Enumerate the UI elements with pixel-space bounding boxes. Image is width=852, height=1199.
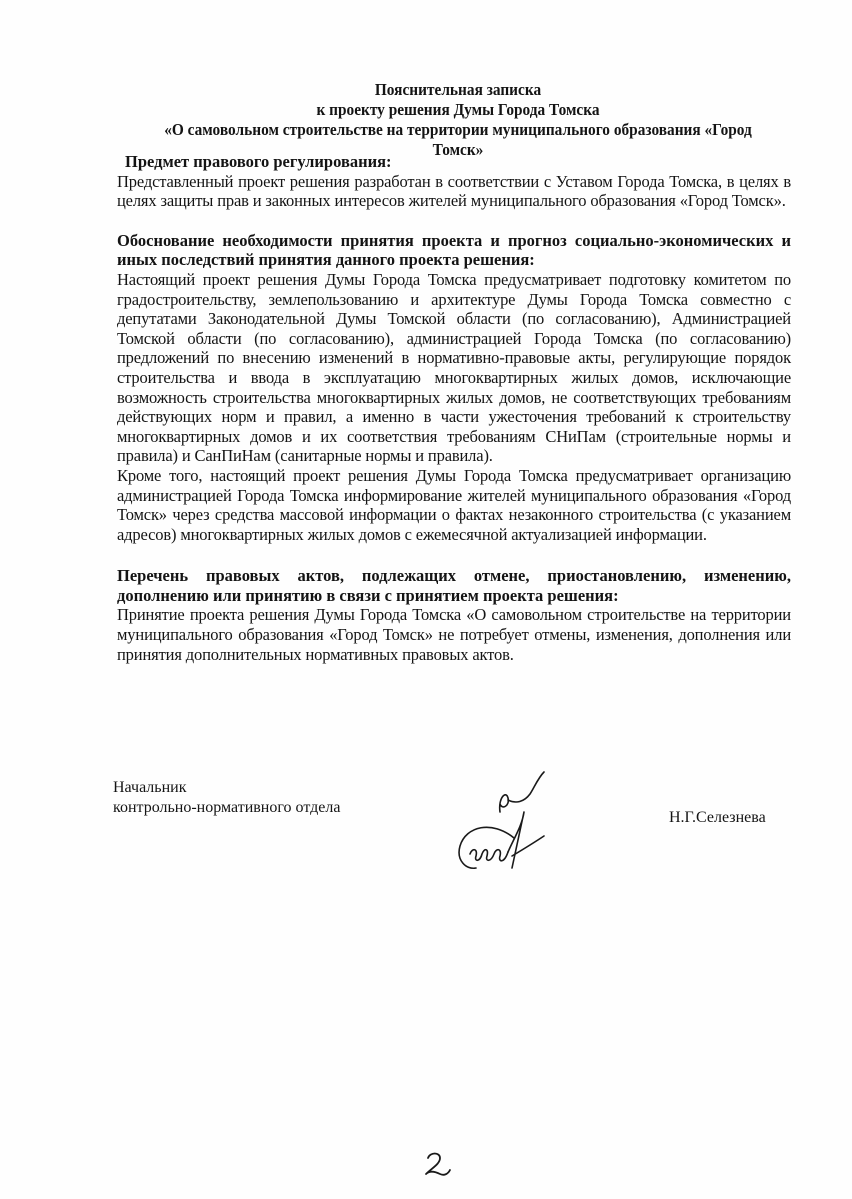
document-body: Предмет правового регулирования: Предста…: [117, 152, 791, 664]
document-page: Пояснительная записка к проекту решения …: [0, 0, 852, 1199]
position-line-1: Начальник: [113, 778, 340, 798]
section-heading: Обоснование необходимости принятия проек…: [117, 231, 791, 270]
section-paragraph: Представленный проект решения разработан…: [117, 172, 791, 211]
title-line-1: Пояснительная записка: [142, 80, 774, 100]
section-justification: Обоснование необходимости принятия проек…: [117, 231, 791, 545]
handwritten-signature-icon: [452, 768, 562, 876]
position-line-2: контрольно-нормативного отдела: [113, 798, 340, 818]
signatory-name: Н.Г.Селезнева: [669, 808, 766, 828]
signatory-position: Начальник контрольно-нормативного отдела: [113, 778, 340, 818]
section-paragraph: Кроме того, настоящий проект решения Дум…: [117, 466, 791, 544]
title-line-3: «О самовольном строительстве на территор…: [142, 120, 774, 140]
document-title: Пояснительная записка к проекту решения …: [142, 80, 774, 160]
handwritten-page-number: 2: [418, 1148, 458, 1180]
section-paragraph: Настоящий проект решения Думы Города Том…: [117, 270, 791, 466]
section-legal-acts-list: Перечень правовых актов, подлежащих отме…: [117, 566, 791, 664]
section-paragraph: Принятие проекта решения Думы Города Том…: [117, 605, 791, 664]
section-subject-of-regulation: Предмет правового регулирования: Предста…: [117, 152, 791, 211]
section-heading: Перечень правовых актов, подлежащих отме…: [117, 566, 791, 605]
title-line-2: к проекту решения Думы Города Томска: [142, 100, 774, 120]
section-heading: Предмет правового регулирования:: [117, 152, 791, 172]
